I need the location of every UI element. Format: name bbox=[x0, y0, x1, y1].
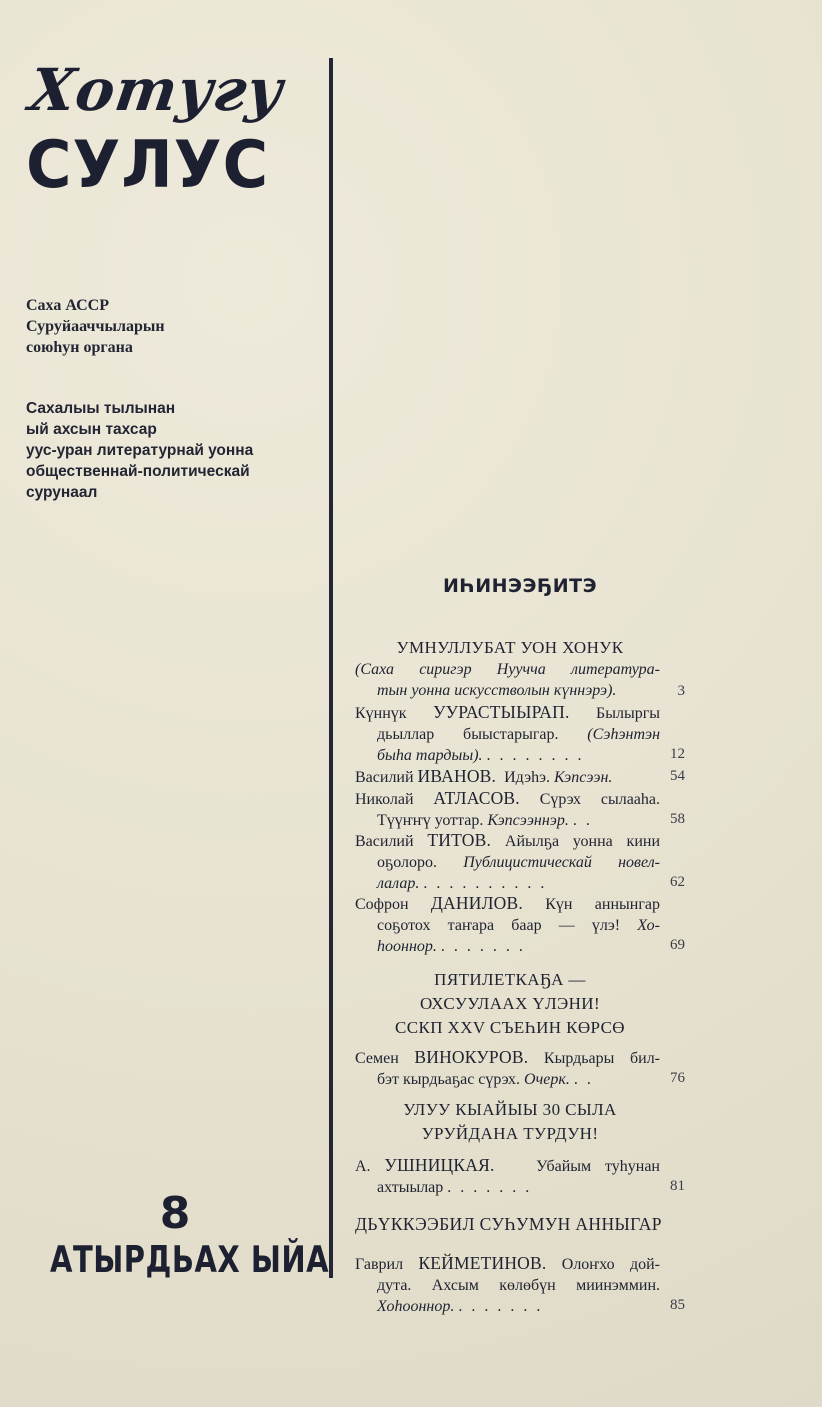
issue-number: 8 bbox=[0, 1188, 330, 1239]
entry-text: (Саха сиригэр Нуучча литература- bbox=[355, 661, 660, 678]
journal-description: Сахалыы тылынан ый ахсын тахсар уус-уран… bbox=[26, 398, 316, 503]
organ-statement: Саха АССР Суруйааччыларын союһун органа bbox=[26, 295, 165, 358]
description-line: уус-уран литературнай уонна bbox=[26, 440, 316, 461]
entry-text: Айылҕа уонна кини bbox=[505, 833, 660, 850]
author-first-name: Николай bbox=[355, 791, 414, 808]
toc-entry[interactable]: Василий ТИТОВ. Айылҕа уонна кини оҕолоро… bbox=[355, 830, 685, 894]
entry-line: оҕолоро. Публицистическай новел- bbox=[355, 853, 660, 874]
entry-line: Гаврил КЕЙМЕТИНОВ. Олоҥхо дой- bbox=[355, 1253, 660, 1276]
author-last-name: УУРАСТЫЫРАП. bbox=[433, 702, 569, 722]
section-heading: УЛУУ КЫАЙЫЫ 30 СЫЛА УРУЙДАНА ТУРДУН! bbox=[355, 1098, 665, 1146]
author-first-name: А. bbox=[355, 1158, 371, 1175]
organ-line: Суруйааччыларын bbox=[26, 316, 165, 337]
entry-text: Олоҥхо дой- bbox=[562, 1256, 660, 1273]
entry-text: лалар. bbox=[377, 875, 419, 892]
magazine-title-block: СУЛУС bbox=[26, 126, 269, 203]
entry-line: А. УШНИЦКАЯ. Убайым туһунан bbox=[355, 1155, 660, 1178]
page-number: 85 bbox=[659, 1295, 685, 1316]
organ-line: Саха АССР bbox=[26, 295, 165, 316]
entry-line: лалар. .......... bbox=[355, 874, 660, 895]
author-last-name: ИВАНОВ. bbox=[418, 766, 497, 786]
page-number: 58 bbox=[659, 809, 685, 830]
entry-text: Былыргы bbox=[596, 705, 660, 722]
page-number: 54 bbox=[659, 766, 685, 787]
author-first-name: Василий bbox=[355, 833, 414, 850]
entry-line: Софрон ДАНИЛОВ. Күн аннынгар bbox=[355, 893, 660, 916]
entry-text: Убайым туһунан bbox=[536, 1158, 660, 1175]
page-number: 12 bbox=[659, 744, 685, 765]
issue-month: АТЫРДЬАХ ЫЙА bbox=[50, 1238, 329, 1281]
toc-entry[interactable]: Софрон ДАНИЛОВ. Күн аннынгар соҕотох таҥ… bbox=[355, 893, 685, 957]
author-first-name: Софрон bbox=[355, 896, 409, 913]
description-line: Сахалыы тылынан bbox=[26, 398, 316, 419]
author-last-name: ТИТОВ. bbox=[427, 830, 491, 850]
author-last-name: ВИНОКУРОВ. bbox=[414, 1047, 528, 1067]
entry-line: Василий ТИТОВ. Айылҕа уонна кини bbox=[355, 830, 660, 853]
section-heading-line: ССКП XXV СЪЕҺИН КӨРСӨ bbox=[355, 1016, 665, 1040]
toc-entry[interactable]: (Саха сиригэр Нуучча литература- тын уон… bbox=[355, 660, 685, 702]
description-line: общественнай-политическай bbox=[26, 461, 316, 482]
section-heading-line: УРУЙДАНА ТУРДУН! bbox=[355, 1122, 665, 1146]
page-number: 76 bbox=[659, 1068, 685, 1089]
entry-text: ахтыылар bbox=[377, 1179, 443, 1196]
entry-text: дута. Ахсым көлөбүн миинэммин. bbox=[377, 1277, 660, 1294]
entry-text: Күн аннынгар bbox=[545, 896, 660, 913]
section-heading-line: ОХСУУЛААХ ҮЛЭНИ! bbox=[355, 992, 665, 1016]
entry-line: Түүҥҥү уоттар. Кэпсээннэр. .. bbox=[355, 811, 660, 832]
entry-line: Хоһооннор. ....... bbox=[355, 1297, 660, 1318]
entry-line: соҕотох таҥара баар — үлэ! Хо- bbox=[355, 916, 660, 937]
contents-title: ИҺИНЭЭҔИТЭ bbox=[355, 575, 685, 597]
description-line: сурунаал bbox=[26, 482, 316, 503]
magazine-title-script: Хотугу bbox=[25, 56, 288, 124]
entry-text: Кырдьары бил- bbox=[544, 1050, 660, 1067]
column-divider bbox=[329, 58, 333, 1278]
section-heading-line: ДЬҮККЭЭБИЛ СУҺУМУН АННЫГАР bbox=[355, 1212, 685, 1236]
entry-line: бэт кырдьаҕас сүрэх. Очерк. .. bbox=[355, 1070, 660, 1091]
entry-line: быһа тардыы). ........ bbox=[355, 746, 660, 767]
section-heading: УМНУЛЛУБАТ УОН ХОНУК bbox=[355, 636, 665, 660]
section-heading: ДЬҮККЭЭБИЛ СУҺУМУН АННЫГАР bbox=[355, 1212, 685, 1236]
magazine-inner-cover: Хотугу СУЛУС Саха АССР Суруйааччыларын с… bbox=[0, 0, 822, 1407]
section-heading-line: УМНУЛЛУБАТ УОН ХОНУК bbox=[355, 636, 665, 660]
entry-text: тын уонна искусстволын күннэрэ). bbox=[377, 682, 616, 699]
page-number: 3 bbox=[659, 681, 685, 702]
author-first-name: Гаврил bbox=[355, 1256, 403, 1273]
toc-entry[interactable]: Гаврил КЕЙМЕТИНОВ. Олоҥхо дой- дута. Ахс… bbox=[355, 1253, 685, 1317]
entry-line: Николай АТЛАСОВ. Сүрэх сылааһа. bbox=[355, 788, 660, 811]
entry-line: ахтыылар ....... bbox=[355, 1178, 660, 1199]
author-last-name: ДАНИЛОВ. bbox=[431, 893, 523, 913]
entry-line: Василий ИВАНОВ. Идэһэ. Кэпсээн. bbox=[355, 766, 660, 789]
toc-entry[interactable]: Семен ВИНОКУРОВ. Кырдьары бил- бэт кырдь… bbox=[355, 1047, 685, 1091]
organ-line: союһун органа bbox=[26, 337, 165, 358]
entry-text: һооннор. bbox=[377, 938, 437, 955]
masthead: Хотугу СУЛУС Саха АССР Суруйааччыларын с… bbox=[0, 0, 330, 1407]
entry-line: Күннүк УУРАСТЫЫРАП. Былыргы bbox=[355, 702, 660, 725]
entry-text: Хоһооннор. bbox=[377, 1298, 454, 1315]
entry-line: дьыллар быыстарыгар. (Сэһэнтэн bbox=[355, 725, 660, 746]
toc-entry[interactable]: Күннүк УУРАСТЫЫРАП. Былыргы дьыллар быыс… bbox=[355, 702, 685, 766]
toc-entry[interactable]: А. УШНИЦКАЯ. Убайым туһунан ахтыылар ...… bbox=[355, 1155, 685, 1199]
entry-text: Сүрэх сылааһа. bbox=[540, 791, 660, 808]
author-last-name: АТЛАСОВ. bbox=[433, 788, 520, 808]
author-first-name: Василий bbox=[355, 769, 414, 786]
description-line: ый ахсын тахсар bbox=[26, 419, 316, 440]
author-first-name: Күннүк bbox=[355, 705, 407, 722]
author-first-name: Семен bbox=[355, 1050, 399, 1067]
page-number: 69 bbox=[659, 935, 685, 956]
toc-entry[interactable]: Василий ИВАНОВ. Идэһэ. Кэпсээн. 54 bbox=[355, 766, 685, 789]
section-heading-line: ПЯТИЛЕТКАҔА — bbox=[355, 968, 665, 992]
entry-line: Семен ВИНОКУРОВ. Кырдьары бил- bbox=[355, 1047, 660, 1070]
page-number: 81 bbox=[659, 1176, 685, 1197]
page-number: 62 bbox=[659, 872, 685, 893]
entry-line: (Саха сиригэр Нуучча литература- bbox=[355, 660, 660, 681]
section-heading: ПЯТИЛЕТКАҔА — ОХСУУЛААХ ҮЛЭНИ! ССКП XXV … bbox=[355, 968, 665, 1040]
entry-line: дута. Ахсым көлөбүн миинэммин. bbox=[355, 1276, 660, 1297]
entry-line: һооннор. ....... bbox=[355, 937, 660, 958]
author-last-name: КЕЙМЕТИНОВ. bbox=[418, 1253, 546, 1273]
author-last-name: УШНИЦКАЯ. bbox=[384, 1155, 494, 1175]
entry-line: тын уонна искусстволын күннэрэ). bbox=[355, 681, 660, 702]
toc-entry[interactable]: Николай АТЛАСОВ. Сүрэх сылааһа. Түүҥҥү у… bbox=[355, 788, 685, 832]
section-heading-line: УЛУУ КЫАЙЫЫ 30 СЫЛА bbox=[355, 1098, 665, 1122]
